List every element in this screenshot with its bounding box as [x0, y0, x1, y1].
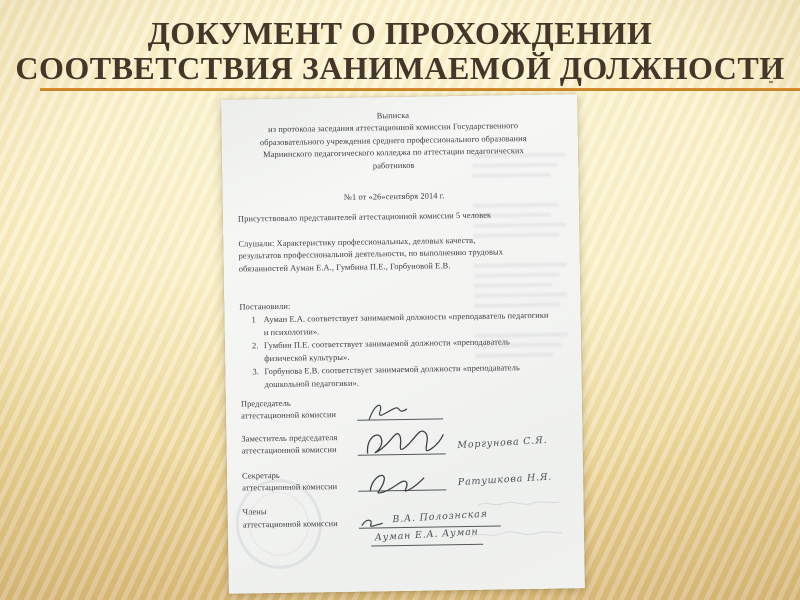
signatory-role: аттестационной комиссии [243, 517, 359, 531]
resolution-number: 3. [252, 366, 264, 391]
resolution-item: 3. Горбунова Е.В. соответствует занимаем… [240, 362, 553, 392]
attendance-line: Присутствовало представителей аттестацио… [238, 209, 551, 226]
signatory-name-handwritten: Моргунова С.Я. [457, 435, 548, 453]
resolution-item: 2. Гумбин П.Е. соответствует занимаемой … [240, 336, 553, 366]
signature-row-members-2: Ауман Е.А. Ауман [371, 533, 556, 548]
signature-section: Председатель аттестационной комиссии Зам… [241, 394, 556, 550]
scanned-document: Выписка из протокола заседания аттестаци… [221, 94, 585, 594]
signatory-role: аттестационной комиссии [241, 409, 357, 423]
signature-row-vice: Заместитель председателя аттестационной … [241, 428, 554, 458]
resolution-text: Горбунова Е.В. соответствует занимаемой … [264, 362, 552, 391]
signature-scribble [361, 424, 448, 459]
resolution-number: 2. [252, 340, 264, 365]
signature-scribble [361, 399, 413, 424]
photo-artifact [769, 81, 773, 83]
resolution-item: 1 Ауман Е.А. соответствует занимаемой до… [240, 310, 553, 340]
slide-title-line2: СООТВЕТСТВИЯ ЗАНИМАЕМОЙ ДОЛЖНОСТИ [0, 51, 800, 86]
photo-artifact [769, 66, 773, 68]
document-text: Выписка из протокола заседания аттестаци… [221, 94, 585, 594]
signatory-role: аттестационной комиссии [242, 481, 358, 495]
resolution-text: Гумбин П.Е. соответствует занимаемой дол… [264, 336, 552, 365]
signature-row-chair: Председатель аттестационной комиссии [241, 394, 554, 424]
title-underline [40, 88, 800, 91]
signatory-role: аттестационной комиссии [242, 444, 358, 458]
resolution-number: 1 [252, 315, 264, 340]
signature-row-secretary: Секретарь аттестационной комиссии Ратушк… [242, 465, 555, 495]
slide-title: ДОКУМЕНТ О ПРОХОЖДЕНИИ СООТВЕТСТВИЯ ЗАНИ… [0, 16, 800, 86]
signature-scribble [359, 515, 385, 529]
slide-title-line1: ДОКУМЕНТ О ПРОХОЖДЕНИИ [0, 16, 800, 51]
presentation-slide: ДОКУМЕНТ О ПРОХОЖДЕНИИ СООТВЕТСТВИЯ ЗАНИ… [0, 0, 800, 600]
signature-row-members: Члены аттестационной комиссии В.А. Полоз… [243, 502, 556, 532]
resolution-text: Ауман Е.А. соответствует занимаемой долж… [264, 310, 552, 339]
resolution-list: 1 Ауман Е.А. соответствует занимаемой до… [240, 310, 554, 391]
signature-scribble [362, 468, 428, 497]
signatory-name-handwritten: Ратушкова Н.Я. [458, 472, 553, 490]
signatory-name-handwritten: В.А. Полознская [392, 508, 488, 526]
protocol-number: №1 от «26»сентября 2014 г. [238, 189, 551, 206]
